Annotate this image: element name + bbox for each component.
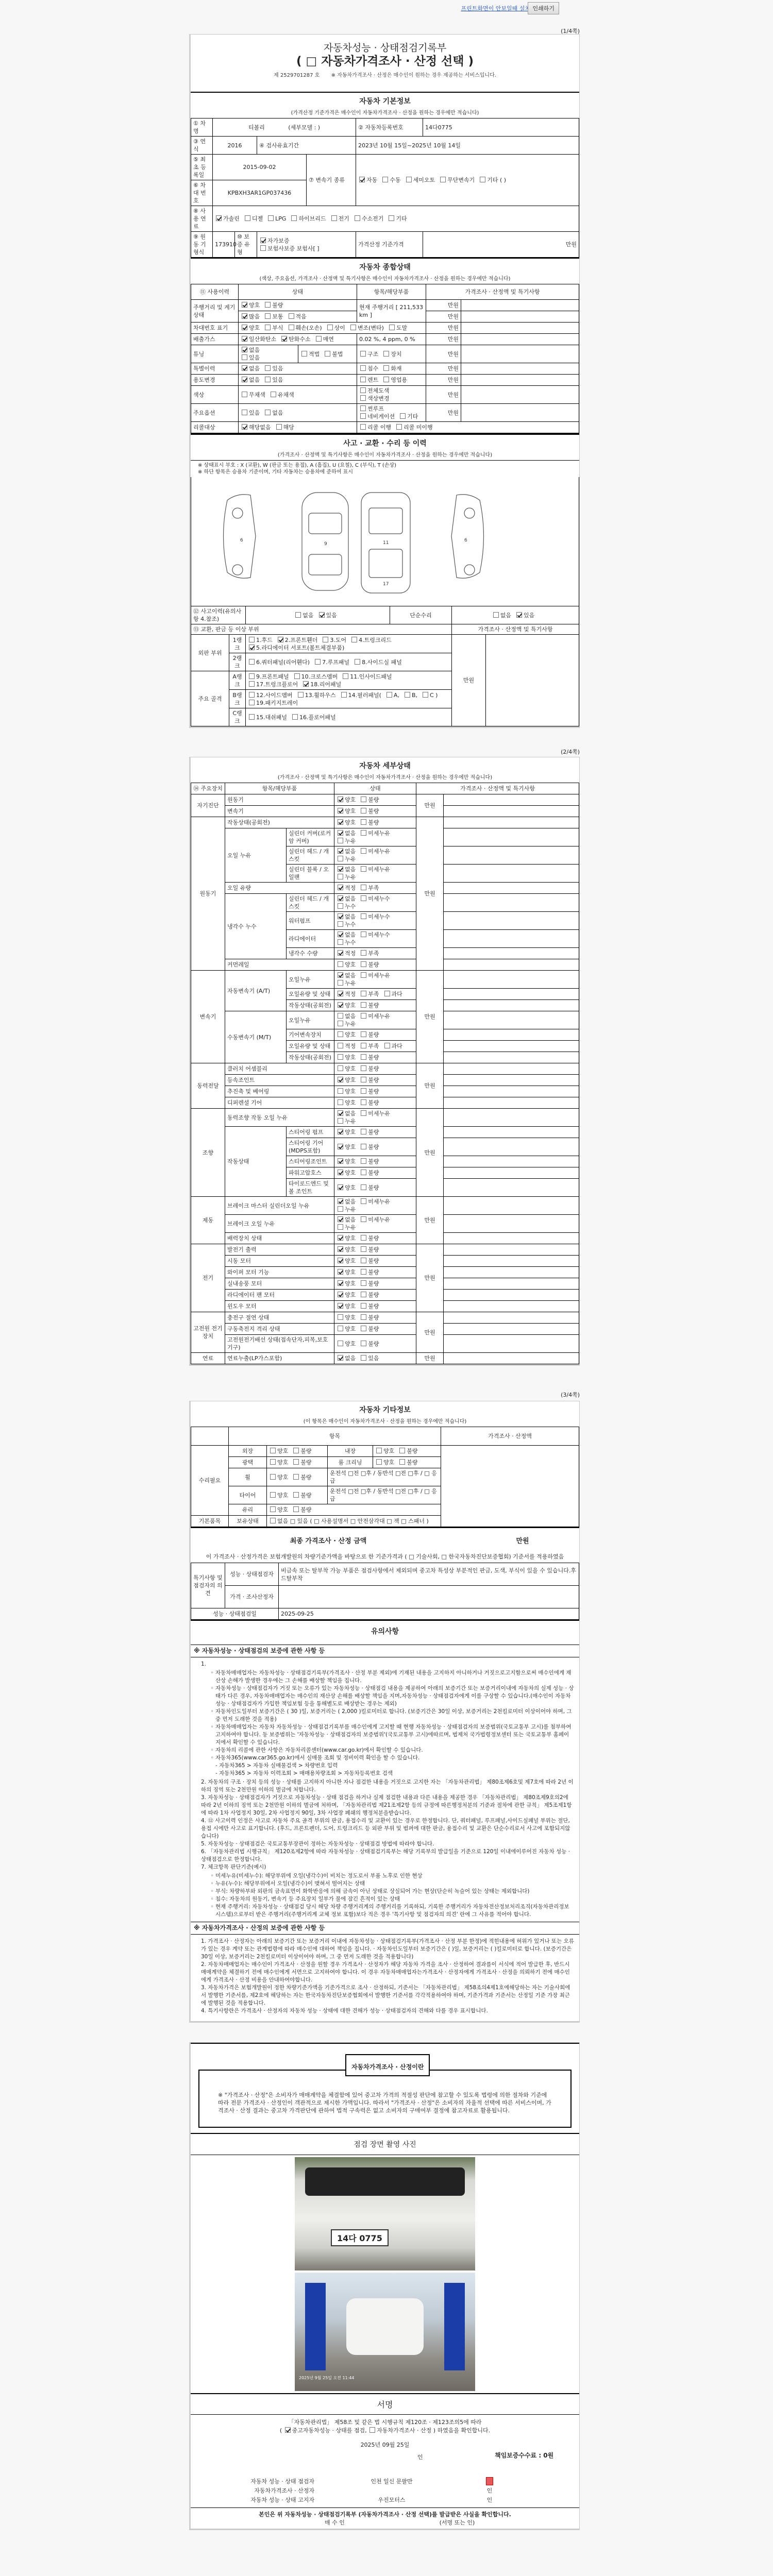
- option: 양호: [375, 1459, 394, 1466]
- checkbox[interactable]: [338, 1246, 343, 1252]
- checkbox[interactable]: [361, 961, 366, 967]
- checkbox[interactable]: [338, 1224, 343, 1230]
- option: 색상변경: [359, 395, 390, 402]
- transmission-options: 자동수동세미오토무단변속기기타 ( ): [356, 155, 579, 206]
- seal-stamp-icon: [486, 2477, 493, 2485]
- checkbox[interactable]: [338, 1269, 343, 1275]
- svg-text:11: 11: [383, 540, 389, 546]
- checkbox[interactable]: [265, 302, 271, 308]
- checkbox[interactable]: [316, 336, 322, 342]
- option: 불량: [360, 1065, 379, 1072]
- price-basis: 이 가격조사 · 산정가격은 보험개발원의 차량기준가액을 바탕으로 한 기준가…: [191, 1552, 579, 1563]
- option: 하이브리드: [290, 215, 326, 222]
- checkbox[interactable]: [293, 1448, 299, 1453]
- checkbox[interactable]: [242, 347, 247, 352]
- checkbox[interactable]: [399, 1459, 405, 1465]
- detail-row: 동력전달클러치 어셈블리양호불량만원: [191, 1063, 579, 1075]
- option: 양호: [269, 1474, 288, 1481]
- photo-front: 14다 0775: [295, 2157, 475, 2270]
- checkbox[interactable]: [338, 1158, 343, 1164]
- inspection-date: 2025-09-25: [279, 1608, 579, 1620]
- checkbox[interactable]: [338, 1326, 343, 1331]
- label: 가격산정 기준가격: [356, 232, 423, 258]
- checkbox[interactable]: [376, 1459, 382, 1465]
- checkbox[interactable]: [389, 215, 394, 221]
- checkbox[interactable]: [293, 1492, 299, 1498]
- group-name: 변속기: [191, 971, 225, 1063]
- checkbox[interactable]: [270, 1459, 276, 1465]
- checkbox[interactable]: [301, 351, 307, 357]
- checkbox[interactable]: [338, 1118, 343, 1124]
- option: 1.후드: [248, 637, 273, 643]
- checkbox[interactable]: [293, 1459, 299, 1465]
- checkbox[interactable]: [383, 365, 389, 371]
- car-damage-diagram: 91117 66: [191, 477, 579, 606]
- option: 일산화탄소: [241, 336, 276, 343]
- checkbox[interactable]: [265, 313, 271, 319]
- checkbox[interactable]: [249, 659, 255, 665]
- option: 미세누유: [360, 1216, 390, 1223]
- checkbox[interactable]: [293, 1506, 299, 1512]
- checkbox[interactable]: [338, 866, 343, 872]
- price-unit: 만원: [426, 334, 461, 345]
- checkbox[interactable]: [338, 1292, 343, 1297]
- confirm-inspection-checkbox[interactable]: [285, 2427, 291, 2433]
- checkbox[interactable]: [361, 1077, 366, 1082]
- option: 양호: [337, 1258, 356, 1264]
- detail-row: 와이퍼 모터 기능양호불량: [191, 1267, 579, 1278]
- checkbox[interactable]: [338, 972, 343, 978]
- checkbox[interactable]: [245, 215, 250, 221]
- option: 수동: [381, 177, 400, 183]
- option: 불량: [360, 1129, 379, 1136]
- checkbox[interactable]: [440, 177, 446, 182]
- final-price: 최종 가격조사 · 산정 금액 만원: [191, 1527, 579, 1552]
- checkbox[interactable]: [338, 1110, 343, 1116]
- checkbox[interactable]: [360, 405, 366, 411]
- glass-status: 양호불량: [267, 1504, 441, 1516]
- checkbox[interactable]: [260, 238, 266, 243]
- checkbox[interactable]: [268, 215, 274, 221]
- option: 양호: [337, 1314, 356, 1321]
- checkbox[interactable]: [242, 302, 247, 308]
- checkbox[interactable]: [361, 1198, 366, 1204]
- install-link[interactable]: 프린트화면이 안보일때 설치: [461, 4, 530, 12]
- checkbox[interactable]: [338, 913, 343, 919]
- option: 누유: [337, 856, 356, 862]
- detail-row: 시동 모터양호불량: [191, 1256, 579, 1267]
- checkbox[interactable]: [360, 387, 366, 393]
- checkbox[interactable]: [265, 365, 271, 371]
- checkbox[interactable]: [338, 1002, 343, 1008]
- checkbox[interactable]: [386, 692, 392, 698]
- checkbox[interactable]: [242, 377, 247, 382]
- checkbox[interactable]: [360, 351, 366, 357]
- checkbox[interactable]: [249, 692, 255, 698]
- checkbox[interactable]: [361, 991, 366, 996]
- checkbox[interactable]: [382, 177, 388, 182]
- checkbox[interactable]: [338, 838, 343, 843]
- checkbox[interactable]: [291, 215, 297, 221]
- checkbox[interactable]: [270, 1448, 276, 1453]
- checkbox[interactable]: [270, 1492, 276, 1498]
- checkbox[interactable]: [361, 848, 366, 854]
- checkbox[interactable]: [281, 336, 287, 342]
- checkbox[interactable]: [338, 1054, 343, 1060]
- confirm-appraisal-checkbox[interactable]: [369, 2427, 375, 2433]
- checkbox[interactable]: [331, 215, 337, 221]
- checkbox[interactable]: [338, 950, 343, 956]
- checkbox[interactable]: [294, 673, 300, 679]
- checkbox[interactable]: [361, 895, 366, 901]
- checkbox[interactable]: [319, 612, 325, 618]
- checkbox[interactable]: [361, 931, 366, 937]
- checkbox[interactable]: [289, 325, 294, 330]
- checkbox[interactable]: [338, 903, 343, 909]
- checkbox[interactable]: [338, 939, 343, 945]
- option: 없음: [337, 848, 356, 855]
- checkbox[interactable]: [351, 637, 357, 642]
- checkbox[interactable]: [242, 313, 247, 319]
- checkbox[interactable]: [338, 1144, 343, 1149]
- checkbox[interactable]: [249, 637, 255, 642]
- checkbox[interactable]: [338, 1198, 343, 1204]
- checkbox[interactable]: [480, 177, 485, 182]
- checkbox[interactable]: [361, 1303, 366, 1309]
- checkbox[interactable]: [338, 796, 343, 802]
- option: 부족: [360, 885, 379, 891]
- option: 적정: [337, 885, 356, 891]
- overall-table: ⑪ 사용이력상태항목/해당부품가격조사 · 산정액 및 특기사항주행거리 및 계…: [191, 284, 579, 433]
- checkbox[interactable]: [355, 215, 360, 221]
- option: 없음: [337, 913, 356, 920]
- checkbox[interactable]: [361, 819, 366, 825]
- basic-info-subtitle: (가격산정 기준가격은 매수인이 자동차가격조사 · 산정을 원하는 경우에만 …: [191, 107, 579, 118]
- checkbox[interactable]: [361, 1216, 366, 1222]
- checkbox[interactable]: [338, 1355, 343, 1361]
- checkbox[interactable]: [343, 673, 348, 679]
- checkbox[interactable]: [242, 325, 247, 330]
- checkbox[interactable]: [360, 413, 366, 419]
- checkbox[interactable]: [338, 1013, 343, 1019]
- checkbox[interactable]: [338, 1021, 343, 1026]
- checkbox[interactable]: [242, 336, 247, 342]
- checkbox[interactable]: [423, 692, 428, 698]
- checkbox[interactable]: [242, 410, 247, 415]
- checkbox[interactable]: [361, 913, 366, 919]
- option: B,: [404, 692, 417, 699]
- option: 없음: [241, 377, 260, 383]
- checkbox[interactable]: [384, 991, 390, 996]
- option: 없음: [492, 612, 511, 619]
- checkbox[interactable]: [361, 1065, 366, 1071]
- checkbox[interactable]: [338, 980, 343, 986]
- option: 없음: [337, 1198, 356, 1205]
- checkbox[interactable]: [338, 819, 343, 825]
- print-button[interactable]: 인쇄하기: [528, 2, 559, 14]
- checkbox[interactable]: [338, 991, 343, 996]
- checkbox[interactable]: [361, 885, 366, 890]
- checkbox[interactable]: [361, 866, 366, 872]
- page-2: 자동차 세부상태 (가격조사 · 산정액 및 특기사항은 매수인이 자동차가격조…: [189, 757, 580, 1365]
- checkbox[interactable]: [361, 1314, 366, 1320]
- price-unit: 만원: [452, 635, 486, 726]
- checkbox[interactable]: [361, 796, 366, 802]
- price-unit: 만원: [426, 404, 461, 422]
- checkbox[interactable]: [249, 673, 255, 679]
- checkbox[interactable]: [338, 874, 343, 879]
- checkbox[interactable]: [360, 377, 366, 382]
- checkbox[interactable]: [338, 1206, 343, 1212]
- checkbox[interactable]: [265, 377, 271, 382]
- checkbox[interactable]: [338, 1235, 343, 1241]
- checkbox[interactable]: [361, 1088, 366, 1094]
- page-4: 자동차가격조사 · 산정이란 ※ "가격조사 · 산정"은 소비자가 매매계약을…: [189, 2042, 580, 2529]
- checkbox[interactable]: [249, 681, 255, 687]
- checkbox[interactable]: [361, 1246, 366, 1252]
- option: LPG: [267, 215, 286, 222]
- checkbox[interactable]: [338, 1341, 343, 1346]
- photos-title: 점검 장면 촬영 사진: [191, 2133, 579, 2155]
- checkbox[interactable]: [361, 1013, 366, 1019]
- checkbox[interactable]: [361, 1269, 366, 1275]
- option: 불량: [360, 819, 379, 826]
- option: 불량: [398, 1459, 417, 1466]
- checkbox[interactable]: [295, 612, 301, 618]
- checkbox[interactable]: [383, 377, 389, 382]
- option: 양호: [269, 1506, 288, 1513]
- signature-date: 2025년 09월 25일: [191, 2441, 579, 2449]
- checkbox[interactable]: [327, 325, 333, 330]
- wheel-positions: 운전석 □전 □후 / 동반석 □전 □후 / □ 응급: [328, 1468, 441, 1486]
- checkbox[interactable]: [242, 365, 247, 371]
- checkbox[interactable]: [338, 1088, 343, 1094]
- checkbox[interactable]: [338, 1303, 343, 1309]
- checkbox[interactable]: [338, 1065, 343, 1071]
- detail-row: 구동축전지 격리 상태양호불량: [191, 1324, 579, 1335]
- option: 불량: [360, 1235, 379, 1242]
- checkbox[interactable]: [338, 1129, 343, 1134]
- checkbox[interactable]: [298, 692, 304, 698]
- checkbox[interactable]: [360, 424, 366, 430]
- accident-history-label: ⑫ 사고이력(유의사항 4.참조): [191, 606, 246, 624]
- option: 과다: [383, 991, 402, 997]
- checkbox[interactable]: [361, 1144, 366, 1149]
- tire-positions: 운전석 □전 □후 / 동반석 □전 □후 / □ 응급: [328, 1486, 441, 1504]
- checkbox[interactable]: [338, 885, 343, 890]
- checkbox[interactable]: [249, 714, 255, 720]
- label: ⑩ 보증 유형: [235, 232, 257, 258]
- option: 미세누유: [360, 1013, 390, 1020]
- option: 변조(변타): [349, 325, 384, 331]
- document: 프린트화면이 안보일때 설치 인쇄하기 (1/4쪽) 자동차성능 · 상태점검기…: [189, 0, 580, 2529]
- label: ⑤ 최초 등록일: [191, 155, 213, 180]
- other-info-subtitle: (이 항목은 매수인이 자동차가격조사 · 산정을 원하는 경우에만 적습니다): [191, 1416, 579, 1427]
- group-name: 자기진단: [191, 794, 225, 817]
- checkbox[interactable]: [405, 692, 410, 698]
- checkbox[interactable]: [361, 830, 366, 836]
- checkbox[interactable]: [293, 1474, 299, 1480]
- accident-title: 사고 · 교환 · 수리 등 이력: [191, 433, 579, 449]
- tire-status: 양호불량: [267, 1486, 328, 1504]
- option: 적정: [337, 950, 356, 957]
- checkbox[interactable]: [338, 921, 343, 927]
- checkbox[interactable]: [260, 245, 266, 251]
- checkbox[interactable]: [361, 1054, 366, 1060]
- option: A,: [385, 692, 399, 699]
- checkbox[interactable]: [338, 848, 343, 854]
- checkbox[interactable]: [338, 895, 343, 901]
- checkbox[interactable]: [271, 392, 276, 397]
- checkbox[interactable]: [323, 637, 328, 642]
- reg-number: 14다0775: [423, 118, 579, 137]
- option: 상이: [326, 325, 345, 331]
- checkbox[interactable]: [265, 325, 271, 330]
- checkbox[interactable]: [361, 1099, 366, 1105]
- price-unit: 만원: [416, 1312, 444, 1353]
- option: 누유: [337, 874, 356, 880]
- option: 구조: [359, 351, 378, 358]
- checkbox[interactable]: [315, 659, 321, 665]
- checkbox[interactable]: [341, 692, 347, 698]
- checkbox[interactable]: [338, 931, 343, 937]
- checkbox[interactable]: [338, 1077, 343, 1082]
- option: 8.사이드실 패널: [354, 659, 402, 666]
- checkbox[interactable]: [338, 1216, 343, 1222]
- detail-row: 고전원 전기장치충전구 절연 상태양호불량만원: [191, 1312, 579, 1324]
- detail-row: 작동상태스티어링 펌프양호불량: [191, 1127, 579, 1138]
- checkbox[interactable]: [361, 1292, 366, 1297]
- model-year: 2016: [213, 137, 257, 155]
- checkbox[interactable]: [361, 1043, 366, 1048]
- checkbox[interactable]: [361, 1031, 366, 1037]
- checkbox[interactable]: [338, 1314, 343, 1320]
- checkbox[interactable]: [396, 424, 402, 430]
- checkbox[interactable]: [303, 681, 309, 687]
- checkbox[interactable]: [361, 1002, 366, 1008]
- price-unit: 만원: [426, 386, 461, 404]
- checkbox[interactable]: [270, 1506, 276, 1512]
- checkbox[interactable]: [399, 1448, 405, 1453]
- checkbox[interactable]: [338, 1184, 343, 1190]
- checkbox[interactable]: [242, 354, 247, 360]
- checkbox[interactable]: [270, 1474, 276, 1480]
- option: 있음: [241, 354, 260, 361]
- option: 없음: [337, 931, 356, 938]
- checkbox[interactable]: [249, 645, 255, 650]
- detail-row: 디퍼렌셜 기어양호불량: [191, 1097, 579, 1109]
- checkbox[interactable]: [242, 392, 247, 397]
- checkbox[interactable]: [361, 1326, 366, 1331]
- checkbox[interactable]: [338, 830, 343, 836]
- option: 양호: [337, 796, 356, 803]
- checkbox[interactable]: [359, 177, 365, 182]
- document-title: 자동차성능 · 상태점검기록부: [191, 35, 579, 54]
- accident-history: 없음있음: [246, 606, 390, 624]
- checkbox[interactable]: [361, 1184, 366, 1190]
- repair-label: 수리필요: [191, 1446, 229, 1516]
- checkbox[interactable]: [384, 1043, 390, 1048]
- checkbox[interactable]: [292, 714, 298, 720]
- checkbox[interactable]: [355, 659, 360, 665]
- checkbox[interactable]: [361, 1355, 366, 1361]
- checkbox[interactable]: [242, 424, 247, 430]
- checkbox[interactable]: [360, 365, 366, 371]
- checkbox[interactable]: [216, 215, 222, 221]
- checkbox[interactable]: [289, 313, 294, 319]
- checkbox[interactable]: [361, 1158, 366, 1164]
- checkbox[interactable]: [361, 808, 366, 814]
- checkbox[interactable]: [516, 612, 522, 618]
- checkbox[interactable]: [338, 1043, 343, 1048]
- page-3: 자동차 기타정보 (이 항목은 매수인이 자동차가격조사 · 산정을 원하는 경…: [189, 1401, 580, 2022]
- checkbox[interactable]: [338, 1280, 343, 1286]
- option: 렌트: [359, 377, 378, 383]
- overall-subtitle: (색상, 주요옵션, 가격조사 · 산정액 및 특기사항은 매수인이 자동차가격…: [191, 273, 579, 284]
- checkbox[interactable]: [249, 700, 255, 705]
- checkbox[interactable]: [361, 1170, 366, 1175]
- option: 17.트렁크플로어: [248, 681, 298, 688]
- option: 양호: [337, 961, 356, 968]
- checkbox[interactable]: [406, 177, 412, 182]
- checkbox[interactable]: [400, 413, 406, 419]
- checkbox[interactable]: [376, 1448, 382, 1453]
- checkbox[interactable]: [361, 1280, 366, 1286]
- label: ① 차명: [191, 118, 213, 137]
- option: 불량: [360, 808, 379, 815]
- option: 기타: [388, 215, 407, 222]
- option: 양호: [337, 1088, 356, 1095]
- checkbox[interactable]: [350, 325, 356, 330]
- option: 양호: [337, 1269, 356, 1276]
- option: 세미오토: [405, 177, 435, 183]
- checkbox[interactable]: [338, 1258, 343, 1263]
- checkbox[interactable]: [361, 1341, 366, 1346]
- label: ⑧ 사용 연료: [191, 206, 213, 232]
- option: 없음: [337, 1216, 356, 1223]
- label: ② 자동차등록번호: [356, 118, 423, 137]
- checkbox[interactable]: [338, 808, 343, 814]
- detail-row: 배력장치 상태양호불량: [191, 1233, 579, 1244]
- checkbox[interactable]: [361, 1235, 366, 1241]
- checkbox[interactable]: [278, 637, 283, 642]
- checkbox[interactable]: [361, 972, 366, 978]
- option: 15.대쉬패널: [248, 714, 287, 721]
- checkbox[interactable]: [325, 351, 330, 357]
- checkbox[interactable]: [338, 1170, 343, 1175]
- checkbox[interactable]: [389, 325, 395, 330]
- option: 5.라디에이터 서포트(볼트체결부품): [248, 645, 344, 651]
- checkbox[interactable]: [338, 856, 343, 861]
- checkbox[interactable]: [338, 961, 343, 967]
- price-unit: 만원: [416, 794, 444, 817]
- checkbox[interactable]: [383, 351, 389, 357]
- checkbox[interactable]: [361, 1129, 366, 1134]
- detail-row: 윈도우 모터양호불량: [191, 1301, 579, 1312]
- detail-row: 조향동력조향 작동 오일 누유없음미세누유누유만원: [191, 1109, 579, 1127]
- checkbox[interactable]: [361, 950, 366, 956]
- checkbox[interactable]: [361, 1258, 366, 1263]
- checkbox[interactable]: [338, 1031, 343, 1037]
- svg-text:17: 17: [383, 582, 389, 587]
- checkbox[interactable]: [361, 1110, 366, 1116]
- checkbox[interactable]: [360, 395, 366, 401]
- checkbox[interactable]: [276, 424, 282, 430]
- checkbox[interactable]: [493, 612, 499, 618]
- detail-row: 고전원전기배선 상태(접속단자,피복,보호기구)양호불량: [191, 1335, 579, 1353]
- checkbox[interactable]: [338, 1099, 343, 1105]
- checkbox[interactable]: [265, 410, 271, 415]
